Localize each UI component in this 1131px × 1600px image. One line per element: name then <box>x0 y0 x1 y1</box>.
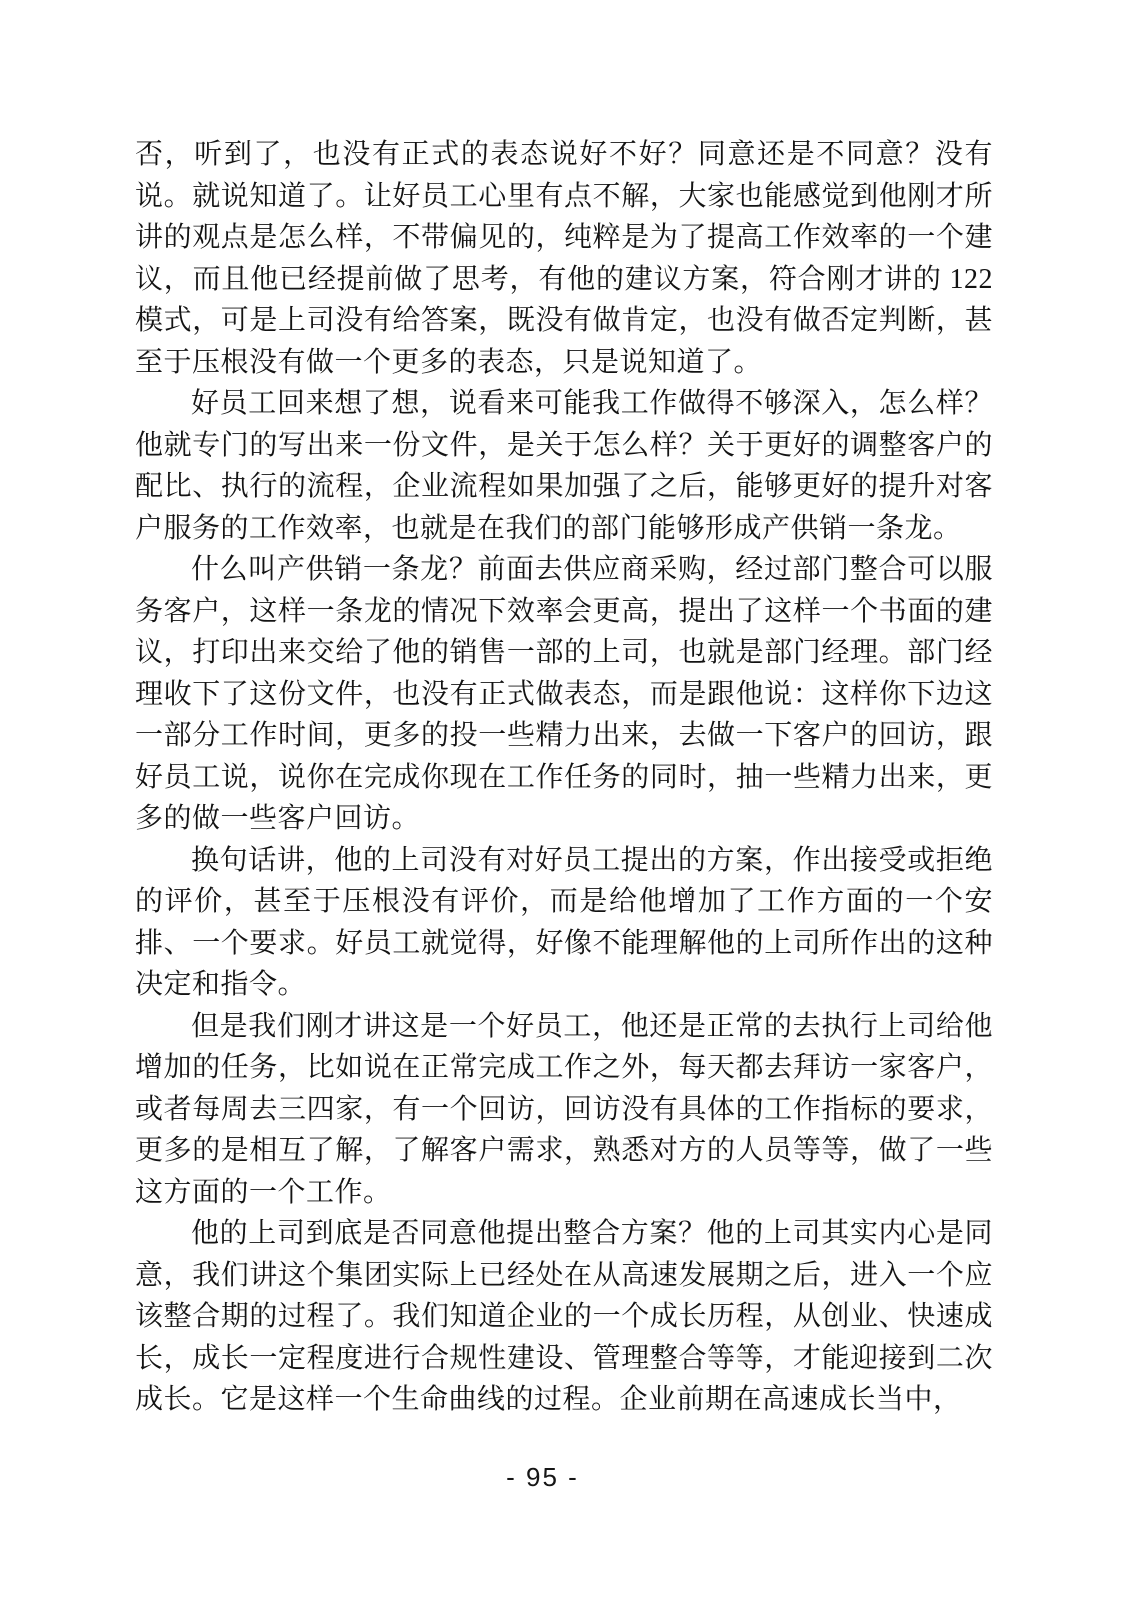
page-number: - 95 - <box>506 1462 579 1492</box>
paragraph: 换句话讲，他的上司没有对好员工提出的方案，作出接受或拒绝的评价，甚至于压根没有评… <box>135 840 993 1006</box>
paragraph: 但是我们刚才讲这是一个好员工，他还是正常的去执行上司给他增加的任务，比如说在正常… <box>135 1006 993 1214</box>
page-body-text: 否，听到了，也没有正式的表态说好不好？同意还是不同意？没有说。就说知道了。让好员… <box>135 134 993 1421</box>
paragraph: 否，听到了，也没有正式的表态说好不好？同意还是不同意？没有说。就说知道了。让好员… <box>135 134 993 383</box>
paragraph: 什么叫产供销一条龙？前面去供应商采购，经过部门整合可以服务客户，这样一条龙的情况… <box>135 549 993 840</box>
paragraph: 好员工回来想了想，说看来可能我工作做得不够深入，怎么样？他就专门的写出来一份文件… <box>135 383 993 549</box>
page-footer: - 95 - <box>0 1462 1085 1493</box>
document-page: 否，听到了，也没有正式的表态说好不好？同意还是不同意？没有说。就说知道了。让好员… <box>0 0 1131 1600</box>
paragraph: 他的上司到底是否同意他提出整合方案？他的上司其实内心是同意，我们讲这个集团实际上… <box>135 1213 993 1421</box>
